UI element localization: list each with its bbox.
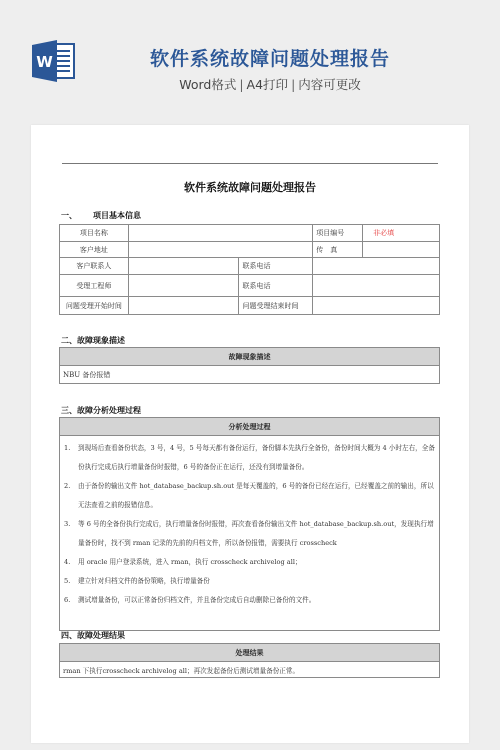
process-step: 2.由于备份的输出文件 hot_database_backup.sh.out 是… (64, 477, 435, 515)
process-step: 4.用 oracle 用户登录系统，进入 rman，执行 crosscheck … (64, 553, 435, 572)
section1-title: 项目基本信息 (93, 211, 141, 220)
table-row: 1.到现场后查看备份状态，3 号，4 号，5 号每天都有备份运行，备份脚本先执行… (60, 436, 440, 631)
customer-contact-label: 客户联系人 (60, 258, 129, 275)
table-row: 客户地址 传 真 (60, 242, 440, 258)
table-header-row: 分析处理过程 (60, 418, 440, 436)
table-row: NBU 备份报错 (60, 366, 440, 384)
header-rule (62, 163, 438, 164)
fault-description-table: 故障现象描述 NBU 备份报错 (59, 347, 440, 384)
table-row: rman 下执行crosscheck archivelog all；再次发起备份… (60, 662, 440, 678)
project-name-label: 项目名称 (60, 225, 129, 242)
table-header-row: 处理结果 (60, 644, 440, 662)
project-no-label: 项目编号 (313, 225, 363, 242)
engineer-phone-field[interactable] (313, 275, 440, 297)
fault-description-content[interactable]: NBU 备份报错 (60, 366, 440, 384)
table-row: 项目名称 项目编号 非必填 (60, 225, 440, 242)
customer-address-label: 客户地址 (60, 242, 129, 258)
contact-phone-field[interactable] (313, 258, 440, 275)
subtitle-editable: 内容可更改 (298, 77, 361, 92)
fax-field[interactable] (363, 242, 440, 258)
separator: | (291, 77, 295, 92)
banner-title: 软件系统故障问题处理报告 (0, 44, 500, 71)
result-content[interactable]: rman 下执行crosscheck archivelog all；再次发起备份… (60, 662, 440, 678)
project-name-field[interactable] (128, 225, 312, 242)
subtitle-print: A4打印 (247, 77, 289, 92)
project-no-field[interactable]: 非必填 (363, 225, 440, 242)
section1-number: 一、 (61, 210, 93, 221)
subtitle-format: Word格式 (179, 77, 236, 92)
banner-subtitle: Word格式|A4打印|内容可更改 (0, 75, 500, 93)
fault-description-header: 故障现象描述 (60, 348, 440, 366)
customer-address-field[interactable] (128, 242, 312, 258)
end-time-label: 问题受理结束时间 (239, 297, 313, 315)
analysis-process-content[interactable]: 1.到现场后查看备份状态，3 号，4 号，5 号每天都有备份运行，备份脚本先执行… (60, 436, 440, 631)
process-step: 6.测试增量备份，可以正常备份归档文件，并且备份完成后自动删除已备份的文件。 (64, 591, 435, 610)
process-step: 1.到现场后查看备份状态，3 号，4 号，5 号每天都有备份运行，备份脚本先执行… (64, 439, 435, 477)
section2-heading: 二、故障现象描述 (61, 335, 125, 346)
section4-heading: 四、故障处理结果 (61, 630, 125, 641)
analysis-process-header: 分析处理过程 (60, 418, 440, 436)
table-header-row: 故障现象描述 (60, 348, 440, 366)
process-step: 3.等 6 号的全备份执行完成后，执行增量备份时报错，再次查看备份输出文件 ho… (64, 515, 435, 553)
analysis-process-table: 分析处理过程 1.到现场后查看备份状态，3 号，4 号，5 号每天都有备份运行，… (59, 417, 440, 631)
table-row: 受理工程师 联系电话 (60, 275, 440, 297)
section3-heading: 三、故障分析处理过程 (61, 405, 141, 416)
engineer-phone-label: 联系电话 (239, 275, 313, 297)
engineer-field[interactable] (128, 275, 239, 297)
project-info-table: 项目名称 项目编号 非必填 客户地址 传 真 客户联系人 联系电话 受理工程师 … (59, 224, 440, 315)
engineer-label: 受理工程师 (60, 275, 129, 297)
start-time-field[interactable] (128, 297, 239, 315)
contact-phone-label: 联系电话 (239, 258, 313, 275)
start-time-label: 问题受理开始时间 (60, 297, 129, 315)
table-row: 客户联系人 联系电话 (60, 258, 440, 275)
document-page: 软件系统故障问题处理报告 一、项目基本信息 项目名称 项目编号 非必填 客户地址… (31, 125, 469, 743)
result-header: 处理结果 (60, 644, 440, 662)
fax-label: 传 真 (313, 242, 363, 258)
end-time-field[interactable] (313, 297, 440, 315)
process-step: 5.建立针对归档文件的备份策略，执行增量备份 (64, 572, 435, 591)
result-table: 处理结果 rman 下执行crosscheck archivelog all；再… (59, 643, 440, 678)
separator: | (239, 77, 243, 92)
table-row: 问题受理开始时间 问题受理结束时间 (60, 297, 440, 315)
section1-heading: 一、项目基本信息 (61, 210, 141, 221)
document-title: 软件系统故障问题处理报告 (31, 179, 469, 195)
customer-contact-field[interactable] (128, 258, 239, 275)
